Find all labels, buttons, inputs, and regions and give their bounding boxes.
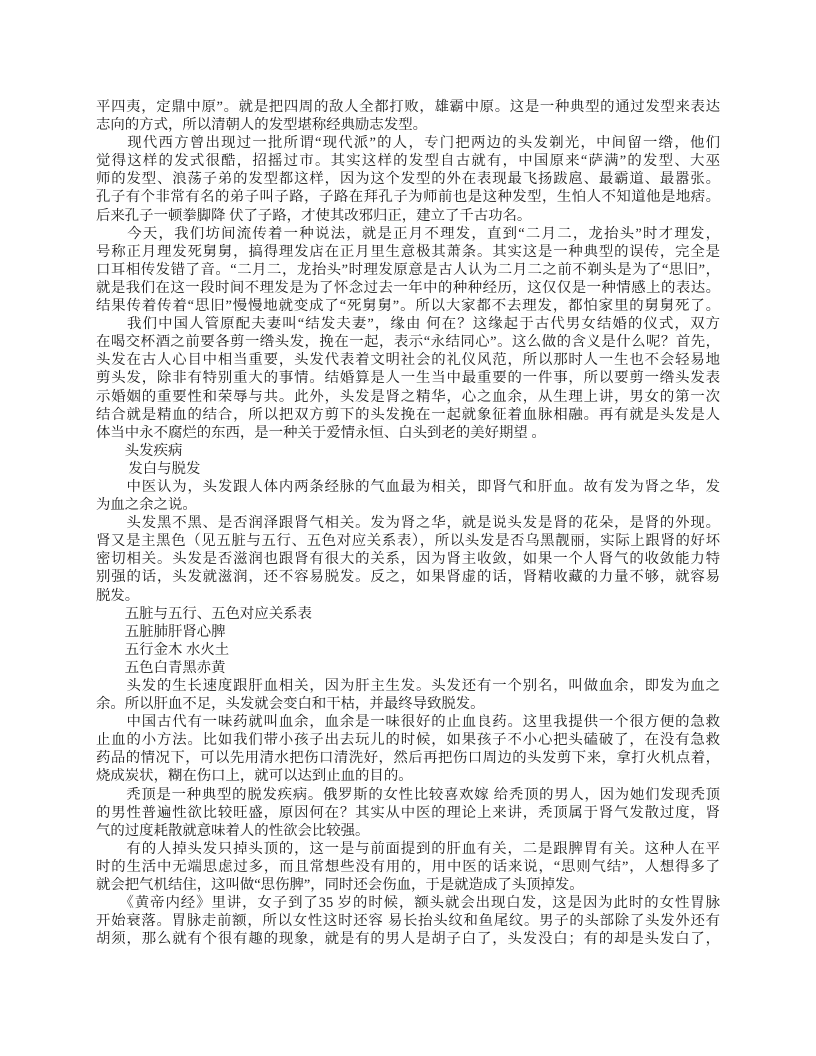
text-line: 觉得这样的发式很酷，招摇过市。其实这样的发型自古就有，中国原来“萨满”的发型、大…: [96, 152, 720, 170]
text-line: 气的过度耗散就意味着人的性欲会比较强。: [96, 822, 720, 840]
text-line: 中国古代有一味药就叫血余，血余是一味很好的止血良药。这里我提供一个很方便的急救: [96, 713, 720, 731]
text-line: 今天，我们坊间流传着一种说法，就是正月不理发，直到“二月二，龙抬头”时才理发，: [96, 225, 720, 243]
text-line: 头发黑不黑、是否润泽跟肾气相关。发为肾之华，就是说头发是肾的花朵，是肾的外现。: [96, 514, 720, 532]
text-line: 就是我们在这一段时间不理发是为了怀念过去一年中的种种经历，这仅仅是一种情感上的表…: [96, 279, 720, 297]
text-line: 示婚姻的重要性和荣辱与共。此外，头发是肾之精华，心之血余，从生理上讲，男女的第一…: [96, 388, 720, 406]
text-line: 《黄帝内经》里讲，女子到了35 岁的时候，额头就会出现白发，这是因为此时的女性胃…: [96, 894, 720, 912]
text-line: 中医认为，头发跟人体内两条经脉的气血最为相关，即肾气和肝血。故有发为肾之华，发: [96, 478, 720, 496]
text-line: 开始衰落。胃脉走前额，所以女性这时还容 易长抬头纹和鱼尾纹。男子的头部除了头发外…: [96, 912, 720, 930]
text-line: 为血之余之说。: [96, 496, 720, 514]
text-line: 密切相关。头发是否滋润也跟肾有很大的关系，因为肾主收敛，如果一个人肾气的收敛能力…: [96, 550, 720, 568]
text-line: 五色白青黑赤黄: [96, 659, 720, 677]
text-line: 口耳相传发错了音。“二月二，龙抬头”时理发原意是古人认为二月二之前不剃头是为了“…: [96, 261, 720, 279]
text-line: 五脏肺肝肾心脾: [96, 623, 720, 641]
document-page: 平四夷，定鼎中原”。就是把四周的敌人全都打败，雄霸中原。这是一种典型的通过发型来…: [0, 0, 816, 1056]
text-line: 余。所以肝血不足，头发就会变白和干枯，并最终导致脱发。: [96, 695, 720, 713]
text-line: 胡须，那么就有个很有趣的现象，就是有的男人是胡子白了，头发没白；有的却是头发白了…: [96, 930, 720, 948]
text-line: 药品的情况下，可以先用清水把伤口清洗好，然后再把伤口周边的头发剪下来，拿打火机点…: [96, 749, 720, 767]
text-line: 平四夷，定鼎中原”。就是把四周的敌人全都打败，雄霸中原。这是一种典型的通过发型来…: [96, 98, 720, 116]
text-line: 后来孔子一顿拳脚降 伏了子路，才使其改邪归正，建立了千古功名。: [96, 207, 720, 225]
text-line: 结果传着传着“思旧”慢慢地就变成了“死舅舅”。所以大家都不去理发，都怕家里的舅舅…: [96, 297, 720, 315]
text-line: 秃顶是一种典型的脱发疾病。俄罗斯的女性比较喜欢嫁 给秃顶的男人，因为她们发现秃顶: [96, 786, 720, 804]
text-line: 头发疾病: [96, 442, 720, 460]
text-line: 结合就是精血的结合，所以把双方剪下的头发挽在一起就象征着血脉相融。再有就是头发是…: [96, 406, 720, 424]
text-line: 的男性普遍性欲比较旺盛，原因何在？其实从中医的理论上来讲，秃顶属于肾气发散过度，…: [96, 804, 720, 822]
text-line: 肾又是主黑色（见五脏与五行、五色对应关系表），所以头发是否乌黑靓丽，实际上跟肾的…: [96, 532, 720, 550]
text-line: 我们中国人管原配夫妻叫“结发夫妻”，缘由 何在？这缘起于古代男女结婚的仪式，双方: [96, 315, 720, 333]
text-line: 有的人掉头发只掉头顶的，这一是与前面提到的肝血有关，二是跟脾胃有关。这种人在平: [96, 840, 720, 858]
text-line: 止血的小方法。比如我们带小孩子出去玩儿的时候，如果孩子不小心把头磕破了，在没有急…: [96, 731, 720, 749]
text-line: 头发在古人心目中相当重要，头发代表着文明社会的礼仪风范，所以那时人一生也不会轻易…: [96, 351, 720, 369]
text-line: 志向的方式，所以清朝人的发型堪称经典励志发型。: [96, 116, 720, 134]
text-line: 就会把气机结住，这叫做“思伤脾”，同时还会伤血，于是就造成了头顶掉发。: [96, 876, 720, 894]
text-line: 时的生活中无端思虑过多，而且常想些没有用的，用中医的话来说，“思则气结”，人想得…: [96, 858, 720, 876]
text-line: 别强的话，头发就滋润，还不容易脱发。反之，如果肾虚的话，肾精收藏的力量不够，就容…: [96, 568, 720, 586]
text-line: 在喝交杯酒之前要各剪一绺头发，挽在一起，表示“永结同心”。这么做的含义是什么呢？…: [96, 333, 720, 351]
text-line: 发白与脱发: [96, 460, 720, 478]
text-line: 师的发型、浪荡子弟的发型都这样，因为这个发型的外在表现最飞扬跋扈、最霸道、最嚣张…: [96, 170, 720, 188]
text-line: 孔子有个非常有名的弟子叫子路，子路在拜孔子为师前也是这种发型，生怕人不知道他是地…: [96, 188, 720, 206]
text-line: 脱发。: [96, 587, 720, 605]
text-line: 头发的生长速度跟肝血相关，因为肝主生发。头发还有一个别名，叫做血余，即发为血之: [96, 677, 720, 695]
text-line: 体当中永不腐烂的东西，是一种关于爱情永恒、白头到老的美好期望 。: [96, 424, 720, 442]
text-line: 剪头发，除非有特别重大的事情。结婚算是人一生当中最重要的一件事，所以要剪一绺头发…: [96, 369, 720, 387]
text-line: 五行金木 水火土: [96, 641, 720, 659]
text-line: 烧成炭状，糊在伤口上，就可以达到止血的目的。: [96, 767, 720, 785]
text-line: 五脏与五行、五色对应关系表: [96, 605, 720, 623]
text-body: 平四夷，定鼎中原”。就是把四周的敌人全都打败，雄霸中原。这是一种典型的通过发型来…: [96, 98, 720, 948]
text-line: 号称正月理发死舅舅，搞得理发店在正月里生意极其萧条。其实这是一种典型的误传，完全…: [96, 243, 720, 261]
text-line: 现代西方曾出现过一批所谓“现代派”的人，专门把两边的头发剃光，中间留一绺，他们: [96, 134, 720, 152]
